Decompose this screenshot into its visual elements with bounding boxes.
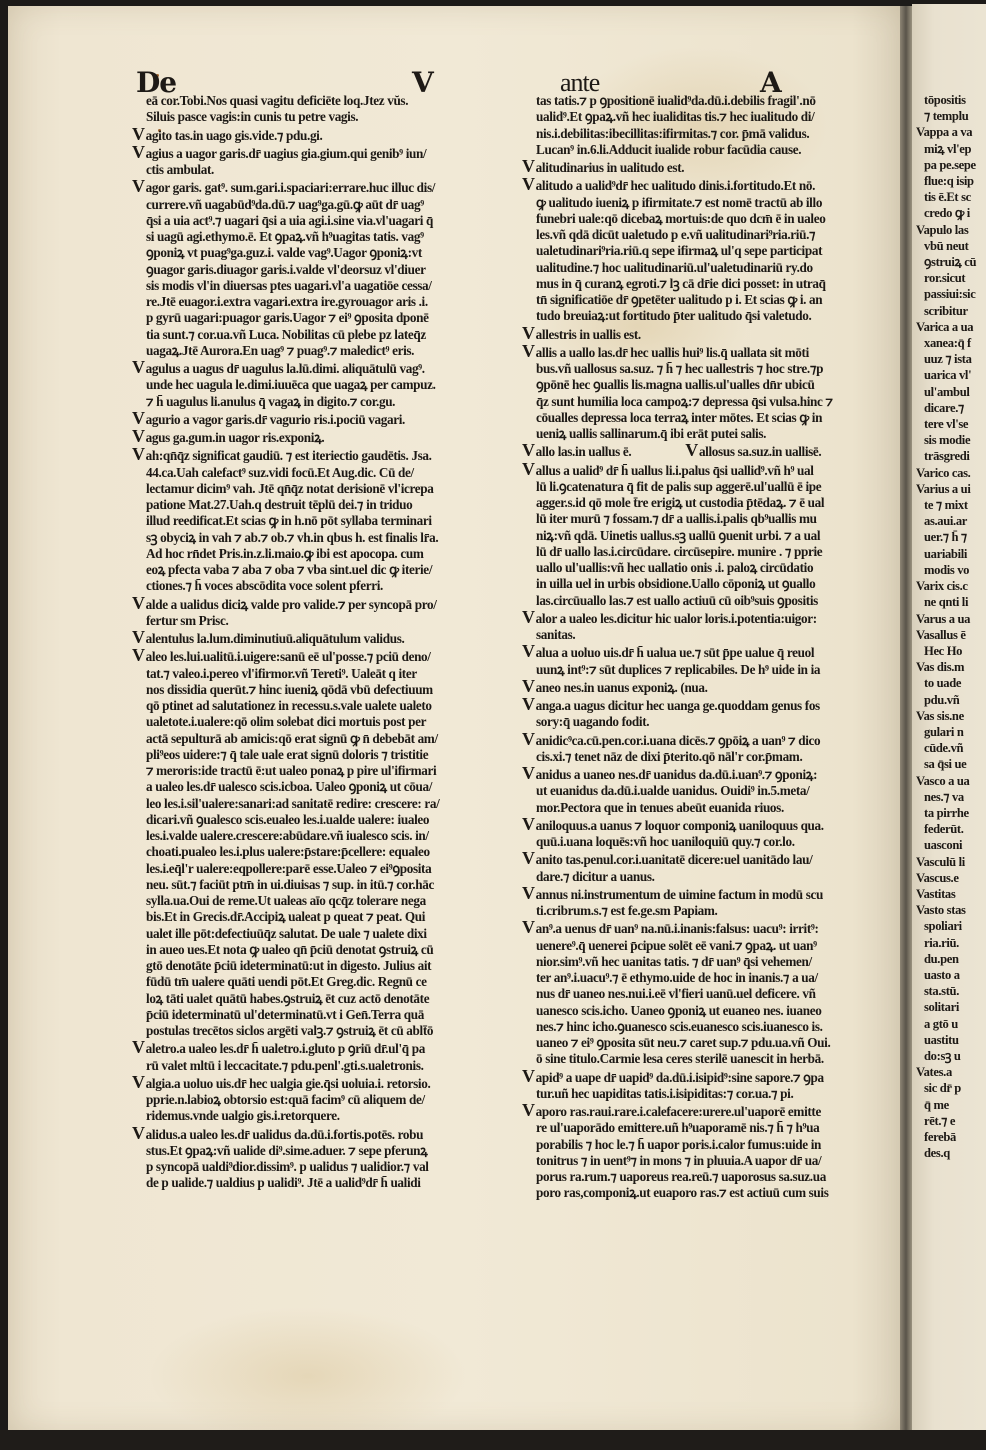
entry-text-line: les.vñ qdā dicūt ualetudo p e.vñ ualitud… (522, 227, 900, 243)
entry-headword-line: Vallosus sa.suz.in uallisē. (685, 442, 821, 460)
facing-page-line: cūde.vñ (916, 740, 986, 756)
initial-letter: V (132, 1074, 145, 1092)
dictionary-entry: Valde a ualidus diciꝝ valde pro valide.⁊… (132, 595, 520, 630)
initial-letter: V (132, 178, 145, 196)
entry-text-line: q̄si a uia act⁹.⁊ uagari q̄si a uia agi.… (132, 213, 520, 229)
entry-text-line: tas tatis.⁊ p ꝯpositionē iualid⁹da.dū.i.… (522, 93, 900, 109)
dictionary-entry: Vannus ni.instrumentum de uimine factum … (522, 885, 900, 920)
facing-page-line: ria.riū. (916, 935, 986, 951)
facing-page-line: Vastitas (916, 886, 986, 902)
entry-headword-line: Vallus a ualid⁹ dr̄ h̄ uallus li.i.palus… (522, 461, 900, 479)
entry-text-line: sanitas. (522, 627, 900, 643)
facing-page-line: Vasculū li (916, 854, 986, 870)
entry-text-line: nes.⁊ hinc icho.ꝯuanesco scis.euanesco s… (522, 1019, 900, 1035)
facing-page-line: Varix cis.c (916, 578, 986, 594)
facing-page-line: rēt.⁊ e (916, 1113, 986, 1129)
facing-page-line: uastitu (916, 1032, 986, 1048)
entry-text-line: 44.ca.Uah calefact⁹ suz.vidi focū.Et Aug… (132, 465, 520, 481)
entry-text-line: ualid⁹.Et ꝯpaꝝ.vñ hec iualiditas tis.⁊ h… (522, 109, 900, 125)
entry-text-line: les.i.eq̄l'r ualere:eqpollere:parē esse.… (132, 861, 520, 877)
entry-headword-line: Valde a ualidus diciꝝ valde pro valide.⁊… (132, 595, 520, 613)
entry-text-line: lectamur dicim⁹ vah. Jtē qn̄q̄z notat de… (132, 481, 520, 497)
initial-letter: V (132, 1125, 145, 1143)
facing-page-line: dicare.⁊ (916, 400, 986, 416)
entry-text-line: unde hec uagula le.dimi.iuuēca que uagaꝝ… (132, 377, 520, 393)
dictionary-entry: Vallus a ualid⁹ dr̄ h̄ uallus li.i.palus… (522, 461, 900, 609)
facing-page-line: Vates.a (916, 1064, 986, 1080)
facing-page-line: as.aui.ar (916, 513, 986, 529)
entry-text-line: uenere⁹.q̄ uenerei p̄cipue solēt eē vani… (522, 938, 900, 954)
entry-text-line: les.i.valde ualere.crescere:abūdare.vñ i… (132, 828, 520, 844)
facing-page-line: sis modie (916, 432, 986, 448)
initial-letter: V (132, 446, 145, 464)
entry-text-line: lū dr̄ uallo las.i.circūdare. circūsepir… (522, 544, 900, 560)
entry-headword-line: Vallo las.in uallus ē. (522, 442, 631, 460)
dictionary-entry: Vallestris in uallis est. (522, 325, 900, 343)
left-text-column: eā cor.Tobi.Nos quasi vagitu deficiēte l… (132, 93, 520, 1192)
entry-text-line: lū li.ꝯcatenatura q̄ fit de palis sup ag… (522, 479, 900, 495)
facing-page-line: nes.⁊ va (916, 789, 986, 805)
entry-text-line: pprie.n.labioꝝ obtorsio est:quā facim⁹ c… (132, 1092, 520, 1108)
dictionary-entry: Valitudo a ualid⁹dr̄ hec ualitudo dinis.… (522, 176, 900, 324)
dictionary-entry: Validus.a ualeo les.dr̄ ualidus da.dū.i.… (132, 1125, 520, 1192)
facing-page-line: uer.⁊ h̄ ⁊ (916, 529, 986, 545)
entry-text-line: loꝝ tāti ualet quātū habes.ꝯstruiꝝ ēt cu… (132, 991, 520, 1007)
entry-text-line: neu. sūt.⁊ faciūt ptm̄ in ui.diuisas ⁊ s… (132, 877, 520, 893)
entry-text-line: ꝯponiꝝ vt puag⁹ga.guz.i. valde vag⁹.Uago… (132, 245, 520, 261)
entry-text-line: funebri uale:qō dicebaꝝ mortuis:de quo d… (522, 211, 900, 227)
dictionary-entry: Valgia.a uoluo uis.dr̄ hec ualgia gie.q̄… (132, 1074, 520, 1125)
entry-text-line: ualitudine.⁊ hoc ualitudinariū.ul'ualetu… (522, 260, 900, 276)
entry-headword-line: Vah:qn̄q̄z significat gaudiū. ⁊ est iter… (132, 446, 520, 464)
dictionary-entry: Vaneo nes.in uanus exponiꝝ. (nua. (522, 678, 900, 696)
facing-page-line: sa q̄si ue (916, 756, 986, 772)
entry-text-line: ti.cribrum.s.⁊ est fe.ge.sm Papiam. (522, 903, 900, 919)
entry-text-line: qō ptinet ad salutationez in recessu.s.v… (132, 698, 520, 714)
entry-headword-line: Vagurio a vagor garis.dr̄ vagurio ris.i.… (132, 410, 520, 428)
entry-text-line: lū iter murū ⁊ fossam.⁊ dr̄ a uallis.i.p… (522, 511, 900, 527)
facing-page-line: uuz ⁊ ista (916, 351, 986, 367)
entry-text-line: eoꝝ pfecta vaba ⁊ aba ⁊ oba ⁊ vba sint.u… (132, 562, 520, 578)
dictionary-entry: Valentulus la.lum.diminutiuū.aliquātulum… (132, 629, 520, 647)
entry-text-line: fūdū tm̄ ualere quāti uendi pōt.Et Greg.… (132, 974, 520, 990)
entry-text-line: nis.i.debilitas:ibecillitas:ifirmitas.⁊ … (522, 126, 900, 142)
facing-page-line: sta.stū. (916, 983, 986, 999)
entry-text-line: nus dr̄ uaneo nes.nui.i.eē vl'fieri uanū… (522, 986, 900, 1002)
initial-letter: V (522, 343, 535, 361)
entry-text-line: ctis ambulat. (132, 162, 520, 178)
facing-page-line: q̄ me (916, 1097, 986, 1113)
entry-text-line: mus in q̄ curanꝝ egroti.⁊ lꝫ cā dr̄ie di… (522, 276, 900, 292)
dictionary-entry: Vallis a uallo las.dr̄ hec uallis hui⁹ l… (522, 343, 900, 443)
initial-letter: V (132, 144, 145, 162)
facing-page-line: vbū neut (916, 238, 986, 254)
entry-text-line: ueniꝝ uallis sallinarum.q̄ ibi erāt pute… (522, 426, 900, 442)
facing-page-line: pdu.vñ (916, 692, 986, 708)
book-gutter (900, 6, 912, 1431)
entry-text-line: in aueo ues.Et nota ꝙ ualeo qn̄ p̄ciū de… (132, 942, 520, 958)
entry-text-line: ctiones.⁊ h̄ voces abscōdita voce solent… (132, 578, 520, 594)
dictionary-entry: Valeo les.lui.ualitū.i.uigere:sanū eē ul… (132, 647, 520, 1039)
entry-text-line: Ad hoc rn̄det Pris.in.z.li.maio.ꝙ ibi es… (132, 546, 520, 562)
entry-text-line: ⁊ meroris:ide tractū ē:ut ualeo ponaꝝ p … (132, 763, 520, 779)
facing-page-line: te ⁊ mixt (916, 497, 986, 513)
facing-page-line: ⁊ templu (916, 108, 986, 124)
entry-pair: Vallo las.in uallus ē.Vallosus sa.suz.in… (522, 442, 900, 460)
facing-page-line: uarica vl' (916, 367, 986, 383)
facing-page-line: uariabili (916, 546, 986, 562)
entry-text-line: ⁊ h̄ uagulus li.anulus q̄ vagaꝝ in digit… (132, 394, 520, 410)
facing-page-line: federūt. (916, 821, 986, 837)
entry-headword-line: Valor a ualeo les.dicitur hic ualor lori… (522, 609, 900, 627)
entry-text-line: uaneo ⁊ ei⁹ ꝯposita sūt neu.⁊ caret sup.… (522, 1035, 900, 1051)
initial-letter: V (522, 1102, 535, 1120)
entry-text-line: dare.⁊ dicitur a uanus. (522, 869, 900, 885)
initial-letter: V (132, 629, 145, 647)
facing-page-line: des.q (916, 1145, 986, 1161)
initial-letter: V (522, 850, 535, 868)
entry-text-line: patione Mat.27.Uah.q destruit tēplū dei.… (132, 497, 520, 513)
facing-page-line: ta pirrhe (916, 805, 986, 821)
dictionary-entry: Vaniloquus.a uanus ⁊ loquor componiꝝ uan… (522, 816, 900, 851)
facing-page-line: miꝝ vl'ep (916, 141, 986, 157)
entry-text-line: ꝯuagor garis.diuagor garis.i.valde vl'de… (132, 262, 520, 278)
initial-letter: V (522, 696, 535, 714)
entry-text-line: gtō denotāte p̄ciū ideterminatū:ut in di… (132, 958, 520, 974)
facing-page-text-column: tōpositis⁊ templuVappa a vamiꝝ vl'eppa p… (916, 92, 986, 1161)
facing-page-line: Vapulo las (916, 222, 986, 238)
entry-text-line: q̄z sunt humilia loca campoꝝ:⁊ depressa … (522, 394, 900, 410)
facing-page-line: a gtō u (916, 1016, 986, 1032)
initial-letter: V (522, 678, 535, 696)
dictionary-entry: Vah:qn̄q̄z significat gaudiū. ⁊ est iter… (132, 446, 520, 594)
facing-page-line: sic dr̄ p (916, 1080, 986, 1096)
facing-page-line: tōpositis (916, 92, 986, 108)
entry-headword-line: Vapid⁹ a uape dr̄ uapid⁹ da.dū.i.isipid⁹… (522, 1068, 900, 1086)
water-stain (148, 1306, 468, 1446)
entry-text-line: mor.Pectora que in tenues abeūt euanida … (522, 800, 900, 816)
entry-text-line: re ul'uaporādo emittere.uñ h⁹uaporamē ni… (522, 1120, 900, 1136)
facing-page-line: scribitur (916, 303, 986, 319)
dictionary-entry: Vanidic⁹ca.cū.pen.cor.i.uana dicēs.⁊ ꝯpō… (522, 731, 900, 766)
dictionary-entry: Vagurio a vagor garis.dr̄ vagurio ris.i.… (132, 410, 520, 428)
entry-text-line: tonitrus ⁊ in uent⁹⁊ in mons ⁊ in pluuia… (522, 1153, 900, 1169)
entry-text-line: uunꝝ int⁹:⁊ sūt duplices ⁊ replicabiles.… (522, 662, 900, 678)
entry-headword-line: Vannus ni.instrumentum de uimine factum … (522, 885, 900, 903)
entry-text-line: sylla.ua.Oui de reme.Ut ualeas aīo qcq̄z… (132, 893, 520, 909)
dictionary-entry: Vallo las.in uallus ē.Vallosus sa.suz.in… (522, 442, 900, 460)
facing-page-line: ferebā (916, 1129, 986, 1145)
dictionary-entry: Vagito tas.in uago gis.vide.⁊ pdu.gi. (132, 126, 520, 144)
entry-text-line: ꝙ ualitudo iueniꝝ p ifirmitate.⁊ est nom… (522, 195, 900, 211)
initial-letter: V (522, 461, 535, 479)
dictionary-entry: Vanidus a uaneo nes.dr̄ uanidus da.dū.i.… (522, 765, 900, 816)
entry-text-line: pli⁹eos uidere:⁊ q̄ tale uale erat signū… (132, 747, 520, 763)
facing-page-line: ne qnti li (916, 594, 986, 610)
dictionary-entry: Vanga.a uagus dicitur hec uanga ge.quodd… (522, 696, 900, 731)
facing-page-line: ror.sicut (916, 270, 986, 286)
entry-headword-line: Valitudinarius in ualitudo est. (522, 158, 900, 176)
dictionary-entry: Vanito tas.penul.cor.i.uanitatē dicere:u… (522, 850, 900, 885)
entry-text-line: cis.xi.⁊ tenet nāz de dixi p̄terito.qō n… (522, 749, 900, 765)
facing-page-line: Vas dis.m (916, 659, 986, 675)
initial-letter: V (522, 643, 535, 661)
facing-page-line: Vasallus ē (916, 627, 986, 643)
entry-headword-line: Vaporo ras.raui.rare.i.calefacere:urere.… (522, 1102, 900, 1120)
entry-text-line: ō sine titulo.Carmie lesa ceres sterilē … (522, 1051, 900, 1067)
entry-headword-line: Validus.a ualeo les.dr̄ ualidus da.dū.i.… (132, 1125, 520, 1143)
initial-letter: V (132, 126, 145, 144)
dictionary-entry: Vagor garis. gat⁹. sum.gari.i.spaciari:e… (132, 178, 520, 359)
entry-text-line: p̄ciū ideterminatū ul'determinatū.vt i G… (132, 1007, 520, 1023)
facing-page-line: gulari n (916, 724, 986, 740)
entry-headword-line: Valetro.a ualeo les.dr̄ h̄ ualetro.i.glu… (132, 1039, 520, 1057)
facing-page-line: credo ꝙ i (916, 205, 986, 221)
entry-headword-line: Van⁹.a uenus dr̄ uan⁹ na.nū.i.inanis:fal… (522, 919, 900, 937)
entry-text-line: fertur sm Prisc. (132, 613, 520, 629)
entry-text-line: tat.⁊ valeo.i.pereo vl'ifirmor.vñ Tereti… (132, 666, 520, 682)
facing-page-line: tere vl'se (916, 416, 986, 432)
entry-text-line: tn̄ significatiōe dr̄ ꝯpetēter ualitudo … (522, 292, 900, 308)
entry-text-line: porabilis ⁊ hoc le.⁊ h̄ uapor poris.i.ca… (522, 1137, 900, 1153)
dictionary-entry: Vagius a uagor garis.dr̄ uagius gia.gium… (132, 144, 520, 179)
entry-headword-line: Valentulus la.lum.diminutiuū.aliquātulum… (132, 629, 520, 647)
dictionary-entry: Van⁹.a uenus dr̄ uan⁹ na.nū.i.inanis:fal… (522, 919, 900, 1067)
entry-text-line: de p ualide.⁊ ualdius p ualidi⁹. Jtē a u… (132, 1175, 520, 1191)
entry-text-line: uagaꝝ.Jtē Aurora.En uag⁹ ⁊ puag⁹.⁊ maled… (132, 343, 520, 359)
entry-text-line: p gyrū uagari:puagor garis.Uagor ⁊ ei⁹ ꝯ… (132, 310, 520, 326)
entry-text-line: agger.s.id qō mole t̄re erigiꝝ ut custod… (522, 495, 900, 511)
right-text-column: tas tatis.⁊ p ꝯpositionē iualid⁹da.dū.i.… (522, 93, 900, 1202)
dictionary-entry: Valetro.a ualeo les.dr̄ h̄ ualetro.i.glu… (132, 1039, 520, 1074)
facing-page-line: Vas sis.ne (916, 708, 986, 724)
entry-headword-line: Vanidus a uaneo nes.dr̄ uanidus da.dū.i.… (522, 765, 900, 783)
dictionary-entry: Valor a ualeo les.dicitur hic ualor lori… (522, 609, 900, 644)
entry-text-line: rū valet mltū i leccacitate.⁊ pdu.penl'.… (132, 1058, 520, 1074)
entry-text-line: ter an⁹.i.uacu⁹.⁊ ē ethymo.uide de hoc i… (522, 970, 900, 986)
facing-page-line: Varica a ua (916, 319, 986, 335)
initial-letter: V (132, 359, 145, 377)
entry-text-line: ualetote.i.ualere:qō olim solebat dici m… (132, 714, 520, 730)
initial-letter: V (522, 885, 535, 903)
dictionary-entry: Valua a uoluo uis.dr̄ h̄ ualua ue.⁊ sūt … (522, 643, 900, 678)
entry-text-line: bis.Et in Grecis.dr̄.Accipiꝝ ualeat p qu… (132, 909, 520, 925)
entry-text-line: ut euanidus da.dū.i.ualde uanidus. Ouidi… (522, 783, 900, 799)
entry-headword-line: Vagius a uagor garis.dr̄ uagius gia.gium… (132, 144, 520, 162)
entry-text-line: illud reedificat.Et scias ꝙ in h.nō pōt … (132, 513, 520, 529)
entry-text-line: nior.sim⁹.vñ hec uanitas tatis. ⁊ dr̄ ua… (522, 954, 900, 970)
entry-text-line: bus.vñ uallosus sa.suz. ⁊ h̄ ⁊ hec ualle… (522, 361, 900, 377)
facing-page-line: do:sꝫ u (916, 1048, 986, 1064)
initial-letter: V (522, 816, 535, 834)
facing-page-line: du.pen (916, 951, 986, 967)
entry-headword-line: Vagor garis. gat⁹. sum.gari.i.spaciari:e… (132, 178, 520, 196)
facing-page-line: pa pe.sepe (916, 157, 986, 173)
entry-text-line: porus ra.rum.⁊ uaporeus rea.reū.⁊ uaporo… (522, 1169, 900, 1185)
entry-text-line: choati.pualeo les.i.plus ualere:p̄stare:… (132, 844, 520, 860)
entry-text-line: tia sunt.⁊ cor.ua.vñ Luca. Nobilitas cū … (132, 327, 520, 343)
facing-page-edge: tōpositis⁊ templuVappa a vamiꝝ vl'eppa p… (912, 4, 986, 1432)
facing-page-line: Vasco a ua (916, 773, 986, 789)
entry-text-line: uallo ul'uallis:vñ hec uallatio onis .i.… (522, 560, 900, 576)
facing-page-line: Varico cas. (916, 465, 986, 481)
entry-headword-line: Vaniloquus.a uanus ⁊ loquor componiꝝ uan… (522, 816, 900, 834)
entry-text-line: Lucan⁹ in.6.li.Adducit iualide robur fac… (522, 142, 900, 158)
facing-page-line: spoliari (916, 918, 986, 934)
facing-page-line: uasconi (916, 837, 986, 853)
entry-headword-line: Vagito tas.in uago gis.vide.⁊ pdu.gi. (132, 126, 520, 144)
entry-text-line: leo les.i.sil'ualere:sanari:ad sanitatē … (132, 796, 520, 812)
initial-letter: V (132, 1039, 145, 1057)
initial-letter: V (522, 765, 535, 783)
dictionary-entry: Vagulus a uagus dr̄ uagulus la.lū.dimi. … (132, 359, 520, 410)
facing-page-line: xanea:q̄ f (916, 335, 986, 351)
dictionary-entry: Vaporo ras.raui.rare.i.calefacere:urere.… (522, 1102, 900, 1202)
facing-page-line: flue:q isip (916, 173, 986, 189)
entry-text-line: postulas trecētos siclos argēti valꝫ.⁊ ꝯ… (132, 1023, 520, 1039)
facing-page-line: Vappa a va (916, 124, 986, 140)
dictionary-entry: Vapid⁹ a uape dr̄ uapid⁹ da.dū.i.isipid⁹… (522, 1068, 900, 1103)
facing-page-line: Hec Ho (916, 643, 986, 659)
initial-letter: V (132, 428, 145, 446)
initial-letter: V (522, 731, 535, 749)
facing-page-line: tis ē.Et sc (916, 189, 986, 205)
entry-headword-line: Valeo les.lui.ualitū.i.uigere:sanū eē ul… (132, 647, 520, 665)
entry-headword-line: Vanga.a uagus dicitur hec uanga ge.quodd… (522, 696, 900, 714)
entry-text-line: ualet ille pōt:defectiuūq̄z salutat. De … (132, 926, 520, 942)
entry-text-line: eā cor.Tobi.Nos quasi vagitu deficiēte l… (132, 93, 520, 109)
entry-text-line: poro ras,componiꝝ.ut euaporo ras.⁊ est a… (522, 1185, 900, 1201)
entry-headword-line: Vallis a uallo las.dr̄ hec uallis hui⁹ l… (522, 343, 900, 361)
initial-letter: V (522, 1068, 535, 1086)
entry-text-line: ualetudinari⁹ria.riū.q sepe ifirmaꝝ ul'q… (522, 243, 900, 259)
entry-text-line: actā sepulturā ab amicis:qō erat signū ꝙ… (132, 731, 520, 747)
entry-text-line: in uilla uel in urbis obsidione.Uallo cō… (522, 576, 900, 592)
entry-headword-line: Valua a uoluo uis.dr̄ h̄ ualua ue.⁊ sūt … (522, 643, 900, 661)
entry-headword-line: Vanito tas.penul.cor.i.uanitatē dicere:u… (522, 850, 900, 868)
entry-continuation: eā cor.Tobi.Nos quasi vagitu deficiēte l… (132, 93, 520, 126)
entry-text-line: cōualles depressa loca terraꝝ inter mōte… (522, 410, 900, 426)
facing-page-line: trāsgredi (916, 448, 986, 464)
facing-page-line: Vasto stas (916, 902, 986, 918)
facing-page-line: ul'ambul (916, 384, 986, 400)
entry-text-line: re.Jtē euagor.i.extra vagari.extra ire.g… (132, 294, 520, 310)
entry-text-line: sis modis vl'in diuersas ptes uagari.vl'… (132, 278, 520, 294)
entry-text-line: quū.i.uana loquēs:vñ hoc uaniloquiū quy.… (522, 834, 900, 850)
entry-continuation: tas tatis.⁊ p ꝯpositionē iualid⁹da.dū.i.… (522, 93, 900, 158)
entry-headword-line: Valitudo a ualid⁹dr̄ hec ualitudo dinis.… (522, 176, 900, 194)
initial-letter: V (522, 158, 535, 176)
entry-text-line: ridemus.vnde ualgio gis.i.retorquere. (132, 1108, 520, 1124)
entry-text-line: nos dissidia querūt.⁊ hinc iueniꝝ qōdā v… (132, 682, 520, 698)
dictionary-entry: Vagus ga.gum.in uagor ris.exponiꝝ. (132, 428, 520, 446)
entry-headword-line: Valgia.a uoluo uis.dr̄ hec ualgia gie.q̄… (132, 1074, 520, 1092)
dictionary-entry: Valitudinarius in ualitudo est. (522, 158, 900, 176)
facing-page-line: solitari (916, 999, 986, 1015)
entry-headword-line: Vagus ga.gum.in uagor ris.exponiꝝ. (132, 428, 520, 446)
entry-text-line: sꝫ obyciꝝ in vah ⁊ ab.⁊ ob.⁊ vh.in qbus … (132, 530, 520, 546)
initial-letter: V (522, 176, 535, 194)
initial-letter: V (522, 609, 535, 627)
entry-text-line: currere.vñ uagabūd⁹da.dū.⁊ uag⁹ga.gū.ꝙ a… (132, 197, 520, 213)
entry-headword-line: Vallestris in uallis est. (522, 325, 900, 343)
initial-letter: V (522, 919, 535, 937)
initial-letter: V (132, 647, 145, 665)
entry-headword-line: Vagulus a uagus dr̄ uagulus la.lū.dimi. … (132, 359, 520, 377)
facing-page-line: to uade (916, 675, 986, 691)
facing-page-line: uasto a (916, 967, 986, 983)
entry-text-line: p syncopā ualdi⁹dior.dissim⁹. p ualidus … (132, 1159, 520, 1175)
entry-text-line: ꝯpōnē hec ꝯuallis lis.magna uallis.ul'ua… (522, 377, 900, 393)
entry-text-line: niꝝ:vñ qdā. Uinetis uallus.sꝫ uallū ꝯuen… (522, 528, 900, 544)
entry-text-line: stus.Et ꝯpaꝝ:vñ ualide di⁹.sime.aduer. ⁊… (132, 1143, 520, 1159)
entry-headword-line: Vaneo nes.in uanus exponiꝝ. (nua. (522, 678, 900, 696)
entry-text-line: uanesco scis.icho. Uaneo ꝯponiꝝ ut euane… (522, 1003, 900, 1019)
initial-letter: V (132, 410, 145, 428)
entry-text-line: sory:q̄ uagando fodit. (522, 714, 900, 730)
initial-letter: V (522, 325, 535, 343)
entry-text-line: las.circūuallo las.⁊ est uallo actiuū cū… (522, 593, 900, 609)
initial-letter: V (132, 595, 145, 613)
facing-page-line: Vascus.e (916, 870, 986, 886)
facing-page-line: ꝯstruiꝝ cū (916, 254, 986, 270)
facing-page-line: Varus a ua (916, 611, 986, 627)
entry-text-line: dicari.vñ ꝯualesco scis.eualeo les.i.ual… (132, 812, 520, 828)
facing-page-line: passiui:sic (916, 286, 986, 302)
background-edge (0, 1430, 986, 1450)
entry-text-line: si uagū agi.ethymo.ē. Et ꝯpaꝝ.vñ h⁹uagit… (132, 229, 520, 245)
entry-text-line: Siluis pasce vagis:in cunis tu petre vag… (132, 109, 520, 125)
entry-headword-line: Vanidic⁹ca.cū.pen.cor.i.uana dicēs.⁊ ꝯpō… (522, 731, 900, 749)
facing-page-line: modis vo (916, 562, 986, 578)
facing-page-line: Varius a ui (916, 481, 986, 497)
entry-text-line: a ualeo les.dr̄ ualesco scis.icboa. Uale… (132, 779, 520, 795)
entry-text-line: tudo breuiaꝝ:ut fortitudo p̄ter ualitudo… (522, 308, 900, 324)
entry-text-line: tur.uñ hec uapiditas tatis.i.isipiditas:… (522, 1086, 900, 1102)
